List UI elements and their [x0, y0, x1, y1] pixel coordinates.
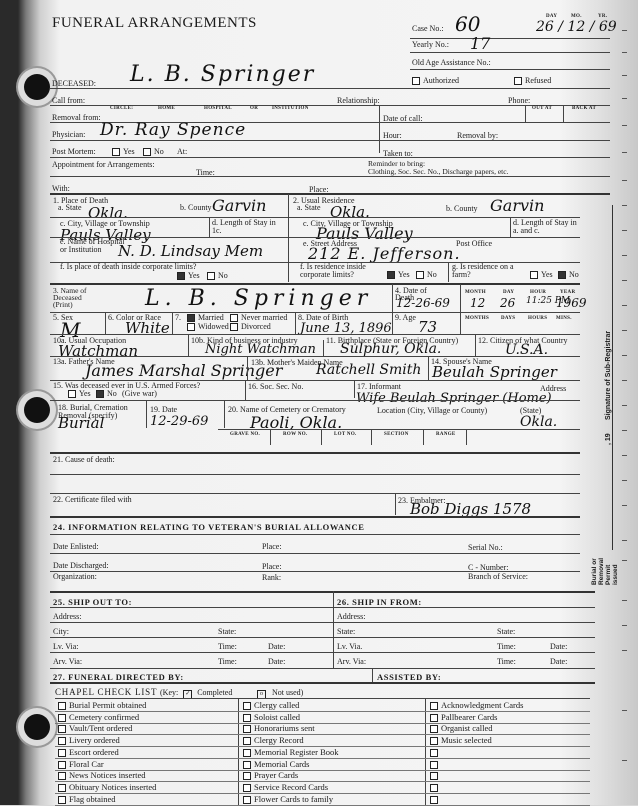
ur-corporate-yes[interactable]: Yes	[387, 270, 410, 279]
checklist-item[interactable]: Burial Permit obtained	[58, 700, 146, 710]
pod-length-label: d. Length of Stay in 1c.	[212, 219, 282, 235]
ur-farm-no-checkbox[interactable]	[558, 271, 566, 279]
address-label: Address	[540, 384, 566, 393]
informant-label: 17. Informant	[357, 382, 401, 391]
pod-corporate-no-checkbox[interactable]	[207, 272, 215, 280]
ship-out-lv-date: Date:	[268, 642, 285, 651]
marital-married[interactable]: Married	[187, 313, 224, 322]
age-label: 9. Age	[395, 313, 416, 322]
checkbox-icon[interactable]	[243, 772, 251, 780]
relationship-label: Relationship:	[337, 96, 380, 105]
binder-hole-top	[24, 74, 50, 100]
ur-corporate-label: f. Is residence inside corporate limits?	[300, 263, 380, 279]
checklist-item-label: Pallbearer Cards	[441, 712, 497, 722]
lot-col: LOT NO.	[334, 432, 357, 437]
checklist-item-label: Soloist called	[254, 712, 300, 722]
divorced-checkbox[interactable]	[230, 323, 238, 331]
binder-hole-middle	[24, 397, 50, 423]
ur-post-office-label: Post Office	[456, 239, 492, 248]
spouse-value: Beulah Springer	[432, 363, 557, 381]
with-label: With:	[52, 184, 70, 193]
col-year: YEAR	[560, 290, 575, 295]
checklist-heading: CHAPEL CHECK LIST	[55, 687, 157, 697]
call-from-label: Call from:	[52, 96, 85, 105]
checklist-item-label: News Notices inserted	[69, 770, 145, 780]
assisted-by-label: ASSISTED BY:	[377, 672, 441, 682]
checkbox-icon[interactable]	[58, 725, 66, 733]
grave-col: GRAVE NO.	[230, 432, 260, 437]
checklist-item[interactable]: Memorial Register Book	[243, 747, 339, 757]
checkbox-icon[interactable]	[430, 714, 438, 722]
checklist-item-label: Vault/Tent ordered	[69, 723, 132, 733]
ship-in-lv-date: Date:	[550, 642, 567, 651]
death-month: 12	[470, 296, 485, 310]
checkbox-icon[interactable]	[243, 714, 251, 722]
checklist-item-label: Flower Cards to family	[254, 794, 333, 804]
informant-value: Wife Beulah Springer (Home)	[356, 391, 552, 406]
armed-yes-checkbox[interactable]	[68, 390, 76, 398]
circle-option-hospital[interactable]: HOSPITAL	[204, 106, 232, 111]
pod-corporate-label: f. Is place of death inside corporate li…	[60, 263, 200, 271]
checkbox-icon[interactable]	[430, 749, 438, 757]
checklist-item-label: Obituary Notices inserted	[69, 782, 156, 792]
checkbox-icon[interactable]	[58, 796, 66, 804]
pod-corporate-yes-checkbox[interactable]	[177, 272, 185, 280]
checklist-item[interactable]: Flower Cards to family	[243, 794, 333, 804]
ur-farm-yes-checkbox[interactable]	[530, 271, 538, 279]
range-col: RANGE	[436, 432, 456, 437]
checklist-item-label: Organist called	[441, 723, 493, 733]
at-label: At:	[177, 147, 187, 156]
yearly-no-value: 17	[470, 34, 490, 53]
marital-never[interactable]: Never married	[230, 313, 287, 322]
circle-option-or: OR	[250, 106, 258, 111]
ship-out-state: State:	[218, 627, 236, 636]
ship-out-arv-via: Arv. Via:	[53, 657, 82, 666]
ship-in-arv-via: Arv. Via:	[337, 657, 366, 666]
ship-in-address: Address:	[337, 612, 365, 621]
never-married-checkbox[interactable]	[230, 314, 238, 322]
authorized-option[interactable]: Authorized	[412, 76, 459, 85]
checklist-item-label: Cemetery confirmed	[69, 712, 139, 722]
authorized-checkbox[interactable]	[412, 77, 420, 85]
checkbox-icon[interactable]	[58, 702, 66, 710]
ur-farm-no[interactable]: No	[558, 270, 579, 279]
ship-out-city: City:	[53, 627, 69, 636]
name-value: L. B. Springer	[145, 286, 372, 311]
serial-label: Serial No.:	[468, 543, 503, 552]
sub-registrar-label: Signature of Sub-Registrar	[605, 331, 612, 420]
post-mortem-no-checkbox[interactable]	[143, 148, 151, 156]
checklist-item[interactable]: Floral Car	[58, 759, 104, 769]
back-at-label: BACK AT	[572, 106, 596, 111]
date19-value: 12-29-69	[150, 414, 208, 429]
checkbox-icon[interactable]	[243, 796, 251, 804]
ssn-label: 16. Soc. Sec. No.	[248, 382, 303, 391]
name-label: 3. Name of Deceased (Print)	[53, 287, 98, 308]
ur-state-label: a. State	[297, 203, 321, 212]
checkbox-icon[interactable]	[430, 784, 438, 792]
pod-county-label: b. County	[180, 203, 212, 212]
age-col-hours: HOURS	[528, 316, 547, 321]
checklist-item-label: Memorial Register Book	[254, 747, 339, 757]
ship-in-state-right: State:	[497, 627, 515, 636]
row-col: ROW NO.	[283, 432, 308, 437]
location-label: Location (City, Village or County)	[377, 406, 487, 415]
directed-by-label: 27. FUNERAL DIRECTED BY:	[53, 672, 184, 682]
mother-value: Ratchell Smith	[316, 362, 421, 378]
ship-out-lv-via: Lv. Via:	[53, 642, 79, 651]
ur-farm-yes[interactable]: Yes	[530, 270, 553, 279]
veteran-heading: 24. INFORMATION RELATING TO VETERAN'S BU…	[53, 522, 364, 532]
checkbox-icon[interactable]	[430, 761, 438, 769]
form-title: FUNERAL ARRANGEMENTS	[52, 15, 257, 32]
state-value: Okla.	[520, 414, 557, 430]
refused-option[interactable]: Refused	[514, 76, 551, 85]
checklist-item[interactable]: News Notices inserted	[58, 770, 145, 780]
organization-label: Organization:	[53, 572, 97, 581]
date-discharged-label: Date Discharged:	[53, 561, 109, 570]
checklist-item-label: Livery ordered	[69, 735, 120, 745]
checkbox-icon[interactable]	[430, 737, 438, 745]
marital-widowed[interactable]: Widowed	[187, 322, 229, 331]
checklist-item[interactable]: Prayer Cards	[243, 770, 298, 780]
removal-by-label: Removal by:	[457, 131, 498, 140]
checklist-item-label: Clergy called	[254, 700, 299, 710]
checklist-item[interactable]	[430, 770, 441, 780]
ship-in-state-left: State:	[337, 627, 355, 636]
post-mortem-yes-checkbox[interactable]	[112, 148, 120, 156]
checklist-item[interactable]	[430, 747, 441, 757]
armed-yes[interactable]: Yes	[68, 389, 91, 398]
checklist-item-label: Floral Car	[69, 759, 104, 769]
checklist-item-label: Clergy Record	[254, 735, 304, 745]
checklist-item[interactable]: Honorariums sent	[243, 723, 315, 733]
checklist-item[interactable]: Flag obtained	[58, 794, 116, 804]
checklist-item-label: Escort ordered	[69, 747, 119, 757]
case-no-label: Case No.:	[412, 24, 444, 33]
armed-no[interactable]: No	[96, 389, 117, 398]
pod-county-value: Garvin	[212, 196, 266, 215]
checkbox-icon[interactable]	[243, 737, 251, 745]
section-col: SECTION	[384, 432, 409, 437]
checklist-item-label: Prayer Cards	[254, 770, 298, 780]
death-day: 26	[500, 296, 515, 310]
ur-farm-label: g. Is residence on a farm?	[452, 263, 522, 279]
checkbox-icon[interactable]	[58, 737, 66, 745]
married-checkbox[interactable]	[187, 314, 195, 322]
physician-value: Dr. Ray Spence	[100, 120, 246, 140]
checklist-item[interactable]	[430, 759, 441, 769]
pod-corporate-no[interactable]: No	[207, 271, 228, 280]
checklist-item[interactable]: Vault/Tent ordered	[58, 723, 132, 733]
ship-out-lv-time: Time:	[218, 642, 237, 651]
ship-in-arv-time: Time:	[497, 657, 516, 666]
age-col-mins: MINS.	[556, 316, 572, 321]
checklist-item-label: Acknowledgment Cards	[441, 700, 523, 710]
ship-out-arv-date: Date:	[268, 657, 285, 666]
checklist-item-label: Burial Permit obtained	[69, 700, 146, 710]
checkbox-icon[interactable]	[243, 761, 251, 769]
out-at-label: OUT AT	[532, 106, 552, 111]
checkbox-icon[interactable]	[430, 702, 438, 710]
phone-label: Phone:	[508, 96, 530, 105]
post-mortem-no[interactable]: No	[143, 147, 164, 156]
ur-corporate-no-checkbox[interactable]	[416, 271, 424, 279]
reminder-text: Clothing, Soc. Sec. No., Discharge paper…	[368, 167, 508, 176]
death-year: 1969	[556, 296, 587, 310]
checklist-item[interactable]: Livery ordered	[58, 735, 120, 745]
ur-length-label: d. Length of Stay in a. and c.	[513, 219, 581, 235]
removal-from-label: Removal from:	[52, 113, 101, 122]
checkbox-icon[interactable]	[58, 749, 66, 757]
ur-corporate-yes-checkbox[interactable]	[387, 271, 395, 279]
checkbox-icon[interactable]	[58, 772, 66, 780]
case-no-value: 60	[455, 12, 480, 36]
ship-out-arv-time: Time:	[218, 657, 237, 666]
deceased-value: L. B. Springer	[130, 62, 315, 87]
post-mortem-yes[interactable]: Yes	[112, 147, 135, 156]
yearly-no-label: Yearly No.:	[412, 40, 449, 49]
checklist-item-label: Honorariums sent	[254, 723, 315, 733]
checklist-item[interactable]: Organist called	[430, 723, 493, 733]
year-prefix-label: , 19	[605, 433, 612, 445]
checklist-item-label: Music selected	[441, 735, 492, 745]
checklist-item[interactable]: Music selected	[430, 735, 492, 745]
checklist-item[interactable]: Clergy Record	[243, 735, 304, 745]
checkbox-icon[interactable]	[430, 772, 438, 780]
marital-label: 7.	[175, 313, 181, 322]
col-day: DAY	[503, 290, 514, 295]
circle-option-home[interactable]: HOME	[158, 106, 175, 111]
cause-label: 21. Cause of death:	[53, 455, 115, 464]
circle-option-institution[interactable]: INSTITUTION	[272, 106, 309, 111]
ship-in-lv-via: Lv. Via.	[337, 642, 362, 651]
enlisted-place-label: Place:	[262, 542, 282, 551]
checklist-item-label: Service Record Cards	[254, 782, 328, 792]
checklist-item[interactable]: Clergy called	[243, 700, 299, 710]
checklist-item[interactable]: Service Record Cards	[243, 782, 328, 792]
checklist-item-label: Flag obtained	[69, 794, 116, 804]
binder-hole-bottom	[24, 714, 50, 740]
checkbox-icon[interactable]	[430, 725, 438, 733]
discharged-place-label: Place:	[262, 562, 282, 571]
ur-county-label: b. County	[446, 204, 478, 213]
ur-street-value: 212 E. Jefferson.	[308, 244, 461, 263]
pod-corporate-yes[interactable]: Yes	[177, 271, 200, 280]
deceased-label: DECEASED:	[52, 79, 96, 88]
checklist-item[interactable]	[430, 794, 441, 804]
checklist-item-label: Memorial Cards	[254, 759, 309, 769]
age-col-months: MONTHS	[465, 316, 489, 321]
certificate-label: 22. Certificate filed with	[53, 496, 133, 504]
checklist-item[interactable]: Memorial Cards	[243, 759, 309, 769]
circle-label: CIRCLE:	[110, 106, 133, 111]
business-value: Night Watchman	[205, 342, 316, 357]
checklist-item[interactable]	[430, 782, 441, 792]
marital-divorced[interactable]: Divorced	[230, 322, 271, 331]
date19-label: 19. Date	[150, 405, 177, 414]
checklist-item[interactable]: Escort ordered	[58, 747, 119, 757]
rank-label: Rank:	[262, 573, 281, 582]
disposition-value: Burial	[58, 414, 104, 432]
ship-out-address: Address:	[53, 612, 81, 621]
col-month: MONTH	[465, 290, 486, 295]
col-hour: HOUR	[530, 290, 546, 295]
pod-state-label: a. State	[58, 203, 82, 212]
ship-in-lv-time: Time:	[497, 642, 516, 651]
hour-label: Hour:	[383, 131, 402, 140]
checklist-item[interactable]: Acknowledgment Cards	[430, 700, 523, 710]
ur-county-value: Garvin	[490, 196, 544, 215]
age-col-days: DAYS	[501, 316, 515, 321]
pod-hospital-value: N. D. Lindsay Mem	[118, 242, 263, 260]
date-of-death-value: 12-26-69	[396, 296, 450, 310]
post-mortem-label: Post Mortem:	[52, 147, 96, 156]
ship-in-heading: 26. SHIP IN FROM:	[337, 597, 422, 607]
ship-out-heading: 25. SHIP OUT TO:	[53, 597, 132, 607]
checkbox-icon[interactable]	[243, 749, 251, 757]
checkbox-icon[interactable]	[243, 725, 251, 733]
appointment-label: Appointment for Arrangements:	[52, 160, 155, 169]
checkbox-icon[interactable]	[243, 702, 251, 710]
ship-in-arv-date: Date:	[550, 657, 567, 666]
widowed-checkbox[interactable]	[187, 323, 195, 331]
armed-no-checkbox[interactable]	[96, 390, 104, 398]
old-age-label: Old Age Assistance No.:	[412, 58, 491, 67]
checklist-item[interactable]: Cemetery confirmed	[58, 712, 139, 722]
give-war-label: (Give war)	[122, 389, 157, 398]
checkbox-icon[interactable]	[58, 714, 66, 722]
physician-label: Physician:	[52, 130, 85, 139]
checklist-item[interactable]: Obituary Notices inserted	[58, 782, 156, 792]
form-date-value: 26 / 12 / 69	[536, 19, 617, 35]
scanned-form-page: FUNERAL ARRANGEMENTS Case No.: 60 DAY MO…	[0, 0, 638, 805]
birthplace-value: Sulphur, Okla.	[340, 341, 441, 357]
checkbox-icon[interactable]	[58, 761, 66, 769]
ur-corporate-no[interactable]: No	[416, 270, 437, 279]
checkbox-icon[interactable]	[243, 784, 251, 792]
checkbox-icon[interactable]	[58, 784, 66, 792]
checklist-item[interactable]: Pallbearer Cards	[430, 712, 497, 722]
checkbox-icon[interactable]	[430, 796, 438, 804]
refused-checkbox[interactable]	[514, 77, 522, 85]
checklist-item[interactable]: Soloist called	[243, 712, 300, 722]
date-enlisted-label: Date Enlisted:	[53, 542, 99, 551]
branch-label: Branch of Service:	[468, 573, 528, 581]
permit-issued-label: Burial or Removal Permit issued	[591, 547, 619, 585]
